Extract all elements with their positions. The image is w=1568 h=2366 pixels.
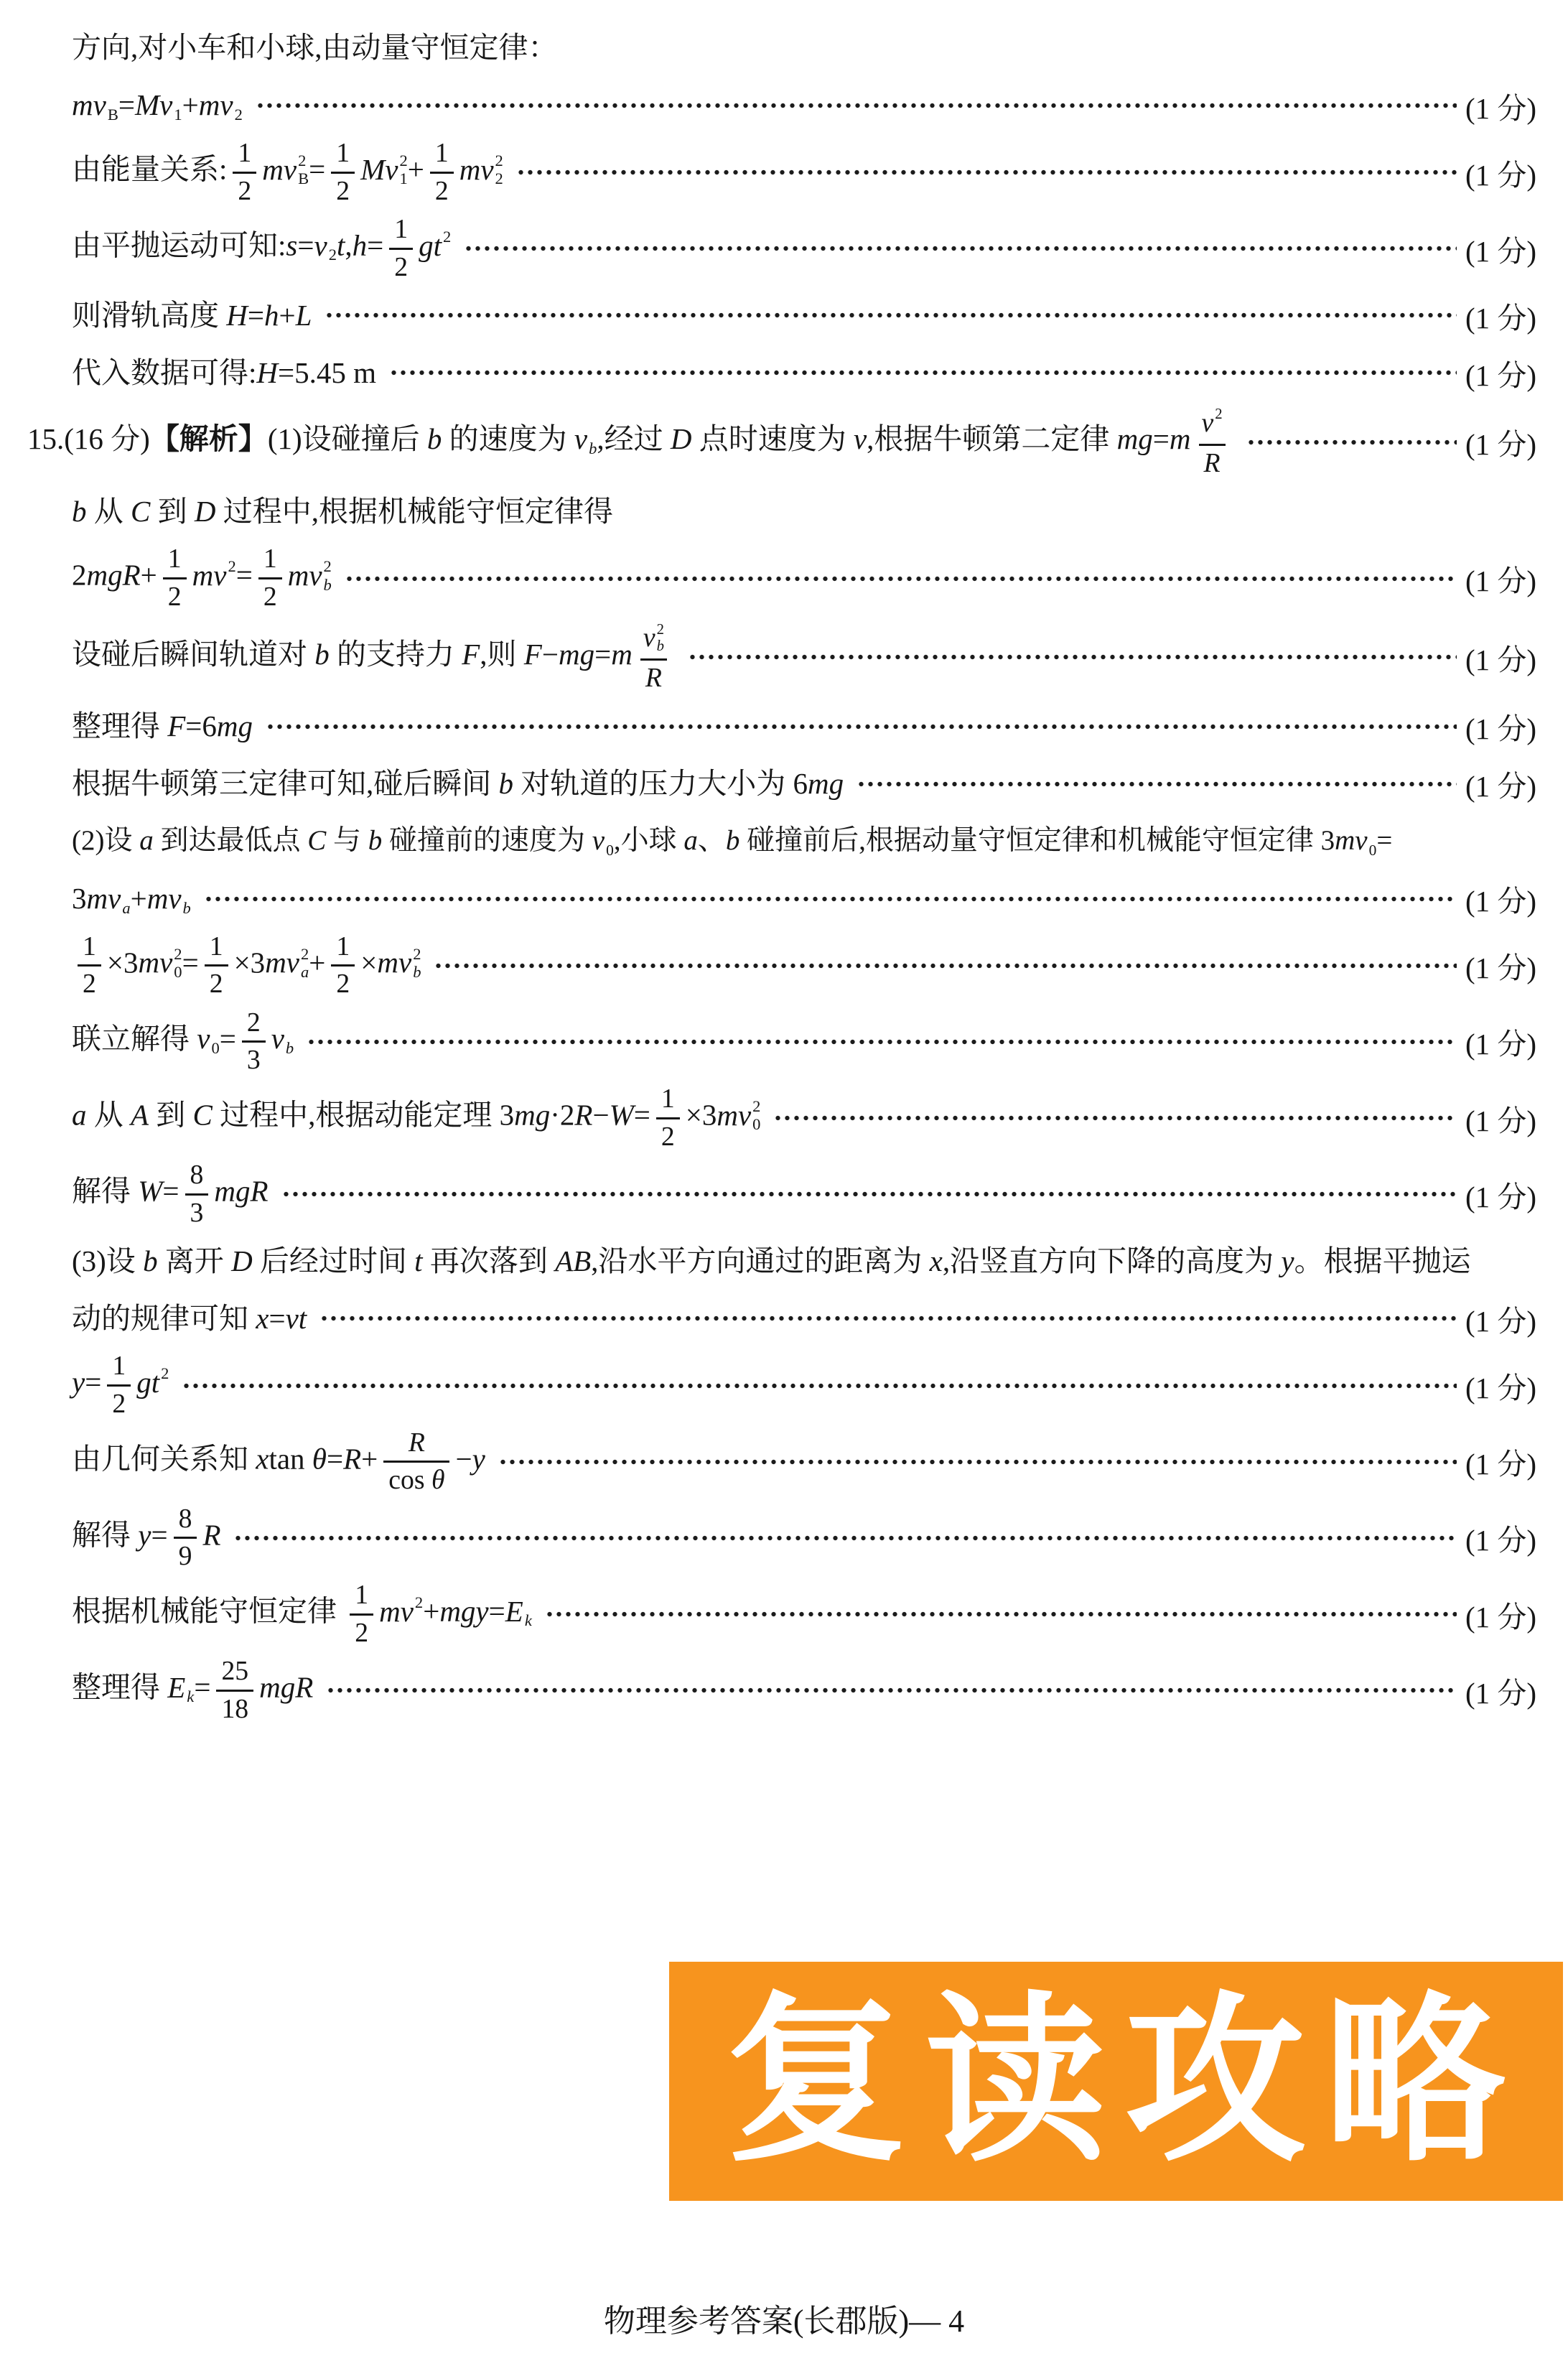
answer-line: 设碰后瞬间轨道对 b 的支持力 F,则 F−mg=mv2bR(1 分) [72,622,1536,693]
score-label: (1 分) [1465,228,1536,270]
dotted-leader [389,368,1457,377]
math-var: v b [574,416,597,462]
answer-line: 根据牛顿第三定律可知,碰后瞬间 b 对轨道的压力大小为 6mg(1 分) [72,760,1536,808]
math-var: mv 2 [199,83,243,129]
fraction: 12 [78,933,101,999]
answer-line: 3mv a+mv b(1 分) [72,875,1536,923]
fraction: 12 [656,1085,680,1151]
score-label: (1 分) [1465,1517,1536,1559]
answer-line: a 从 A 到 C 过程中,根据动能定理 3mg·2R−W=12×3mv20(1… [72,1085,1536,1151]
line-content: a 从 A 到 C 过程中,根据动能定理 3mg·2R−W=12×3mv20 [72,1085,760,1151]
math-var: mv20 [138,940,182,986]
answer-line: 由几何关系知 xtan θ=R+Rcos θ−y(1 分) [72,1429,1536,1495]
score-label: (1 分) [1465,294,1536,337]
dotted-leader [325,311,1457,320]
line-content: 解得 y=89R [72,1505,220,1571]
fraction: 2518 [216,1657,253,1723]
document-page: 方向,对小车和小球,由动量守恒定律：mv B=Mv 1+mv 2(1 分)由能量… [0,0,1568,2366]
dotted-leader [182,1382,1457,1390]
fraction: v2bR [638,622,669,693]
math-var: gt2 [419,223,451,269]
promo-banner-text: 复读攻略 [725,1991,1523,2172]
answer-line: 整理得 E k=2518mgR(1 分) [72,1657,1536,1723]
math-var: v 0 [592,819,614,862]
answer-line: 动的规律可知 x=vt(1 分) [72,1295,1536,1342]
line-content: 3mv a+mv b [72,876,191,922]
line-content: 解得 W=83mgR [72,1161,269,1227]
score-label: (1 分) [1465,877,1536,920]
math-var: v b [271,1016,294,1062]
fraction: 89 [174,1505,197,1571]
score-label: (1 分) [1465,421,1536,463]
math-var: mv2b [377,940,421,986]
dotted-leader [545,1610,1457,1619]
line-content: mv B=Mv 1+mv 2 [72,83,243,129]
score-label: (1 分) [1465,1298,1536,1340]
math-var: mv2B [262,147,309,193]
dotted-leader [857,780,1457,788]
fraction: v2 R [1197,406,1228,478]
answer-line: (2)设 a 到达最低点 C 与 b 碰撞前的速度为 v 0,小球 a、b 碰撞… [72,818,1536,865]
line-content: 15.(16 分)【解析】(1)设碰撞后 b 的速度为 v b,经过 D 点时速… [27,406,1233,478]
math-var: mv2b [288,553,332,599]
fraction: 83 [185,1161,209,1227]
line-content: 整理得 F=6mg [72,704,253,750]
line-content: y=12gt2 [72,1352,169,1418]
score-label: (1 分) [1465,1440,1536,1483]
line-content: 2mgR+12mv2 =12mv2b [72,545,332,611]
line-content: 则滑轨高度 H=h+L [72,293,312,339]
dotted-leader [464,244,1457,253]
fraction: 12 [331,139,355,205]
score-label: (1 分) [1465,1097,1536,1140]
math-var: v2 [1202,406,1223,439]
fraction: 12 [205,933,228,999]
line-content: b 从 C 到 D 过程中,根据机械能守恒定律得 [72,489,613,535]
line-content: 由能量关系:12mv2B=12Mv21+12mv22 [72,139,503,205]
line-content: 方向,对小车和小球,由动量守恒定律： [72,25,558,71]
fraction: 12 [258,545,282,611]
answer-line: 方向,对小车和小球,由动量守恒定律： [72,24,1536,72]
score-label: (1 分) [1465,152,1536,194]
answer-line: 联立解得 v 0=23v b(1 分) [72,1009,1536,1075]
answer-line: 12×3mv20=12×3mv2a+12×mv2b(1 分) [72,933,1536,999]
math-var: mv B [72,83,118,129]
line-content: (3)设 b 离开 D 后经过时间 t 再次落到 AB,沿水平方向通过的距离为 … [72,1239,1471,1285]
score-label: (1 分) [1465,763,1536,805]
math-var: mv 0 [1335,819,1376,862]
math-var: v2b [643,622,664,655]
score-label: (1 分) [1465,1593,1536,1636]
answer-line: 则滑轨高度 H=h+L(1 分) [72,292,1536,339]
dotted-leader [319,1314,1457,1323]
answer-line: b 从 C 到 D 过程中,根据机械能守恒定律得 [72,488,1536,535]
math-var: mv a [87,876,131,922]
answer-line: mv B=Mv 1+mv 2(1 分) [72,82,1536,129]
math-var: v 0 [197,1016,219,1062]
dotted-leader [307,1038,1457,1046]
math-var: mv2 [379,1589,423,1635]
dotted-leader [1246,438,1457,447]
score-label: (1 分) [1465,1020,1536,1063]
dotted-leader [204,895,1457,903]
math-var: gt2 [136,1360,169,1406]
dotted-leader [233,1534,1456,1542]
fraction: 12 [163,545,187,611]
answer-line: 解得 W=83mgR(1 分) [72,1161,1536,1227]
math-var: mv2 [192,553,236,599]
fraction: 12 [233,139,256,205]
line-content: 联立解得 v 0=23v b [72,1009,294,1075]
answer-line: 整理得 F=6mg(1 分) [72,703,1536,750]
page-footer-text: 物理参考答案(长郡版)— 4 [604,2304,964,2339]
score-label: (1 分) [1465,1669,1536,1712]
line-content: 根据牛顿第三定律可知,碰后瞬间 b 对轨道的压力大小为 6mg [72,761,844,807]
fraction: 12 [389,215,413,281]
dotted-leader [266,722,1457,731]
dotted-leader [498,1458,1457,1466]
fraction: 23 [242,1009,266,1075]
math-var: Mv 1 [135,83,182,129]
answer-line: 解得 y=89R(1 分) [72,1505,1536,1571]
line-content: 根据机械能守恒定律 12mv2 +mgy=E k [72,1581,532,1647]
fraction: Rcos θ [383,1429,449,1495]
line-content: 代入数据可得:H=5.45 m [72,350,376,396]
line-content: 动的规律可知 x=vt [72,1296,307,1342]
math-var: mv b [147,876,191,922]
line-content: (2)设 a 到达最低点 C 与 b 碰撞前的速度为 v 0,小球 a、b 碰撞… [72,819,1392,862]
page-footer: 物理参考答案(长郡版)— 4 [0,2295,1568,2341]
score-label: (1 分) [1465,85,1536,127]
math-var: v 2 [314,223,336,269]
dotted-leader [326,1686,1457,1695]
score-label: (1 分) [1465,557,1536,600]
dotted-leader [256,101,1457,110]
score-label: (1 分) [1465,636,1536,679]
line-content: 12×3mv20=12×3mv2a+12×mv2b [72,933,421,999]
dotted-leader [345,574,1457,583]
score-label: (1 分) [1465,944,1536,987]
dotted-leader [516,168,1457,177]
line-content: 由平抛运动可知:s=v 2t,h=12gt2 [72,215,451,281]
fraction: 12 [331,933,355,999]
line-content: 整理得 E k=2518mgR [72,1657,313,1723]
math-var: mv2a [265,940,309,986]
score-label: (1 分) [1465,352,1536,394]
line-content: 设碰后瞬间轨道对 b 的支持力 F,则 F−mg=mv2bR [72,622,675,693]
answer-line: 根据机械能守恒定律 12mv2 +mgy=E k(1 分) [72,1581,1536,1647]
dotted-leader [281,1190,1457,1198]
fraction: 12 [107,1352,131,1418]
answer-line: 15.(16 分)【解析】(1)设碰撞后 b 的速度为 v b,经过 D 点时速… [27,406,1536,478]
answer-line: 由能量关系:12mv2B=12Mv21+12mv22(1 分) [72,139,1536,205]
answer-body: 方向,对小车和小球,由动量守恒定律：mv B=Mv 1+mv 2(1 分)由能量… [72,24,1536,1733]
fraction: 12 [350,1581,373,1647]
answer-line: (3)设 b 离开 D 后经过时间 t 再次落到 AB,沿水平方向通过的距离为 … [72,1237,1536,1285]
answer-line: 2mgR+12mv2 =12mv2b(1 分) [72,545,1536,611]
math-var: E k [505,1589,532,1635]
dotted-leader [434,961,1456,970]
math-var: mv20 [717,1093,760,1139]
score-label: (1 分) [1465,1364,1536,1407]
score-label: (1 分) [1465,1173,1536,1216]
math-var: mv22 [459,147,503,193]
answer-line: 代入数据可得:H=5.45 m(1 分) [72,349,1536,396]
fraction: 12 [430,139,454,205]
dotted-leader [688,653,1457,661]
score-label: (1 分) [1465,705,1536,747]
promo-banner: 复读攻略 [669,1962,1563,2201]
dotted-leader [773,1114,1456,1122]
answer-line: y=12gt2 (1 分) [72,1352,1536,1418]
line-content: 由几何关系知 xtan θ=R+Rcos θ−y [72,1429,485,1495]
answer-line: 由平抛运动可知:s=v 2t,h=12gt2 (1 分) [72,215,1536,281]
math-var: Mv21 [360,147,408,193]
math-var: E k [167,1665,194,1711]
